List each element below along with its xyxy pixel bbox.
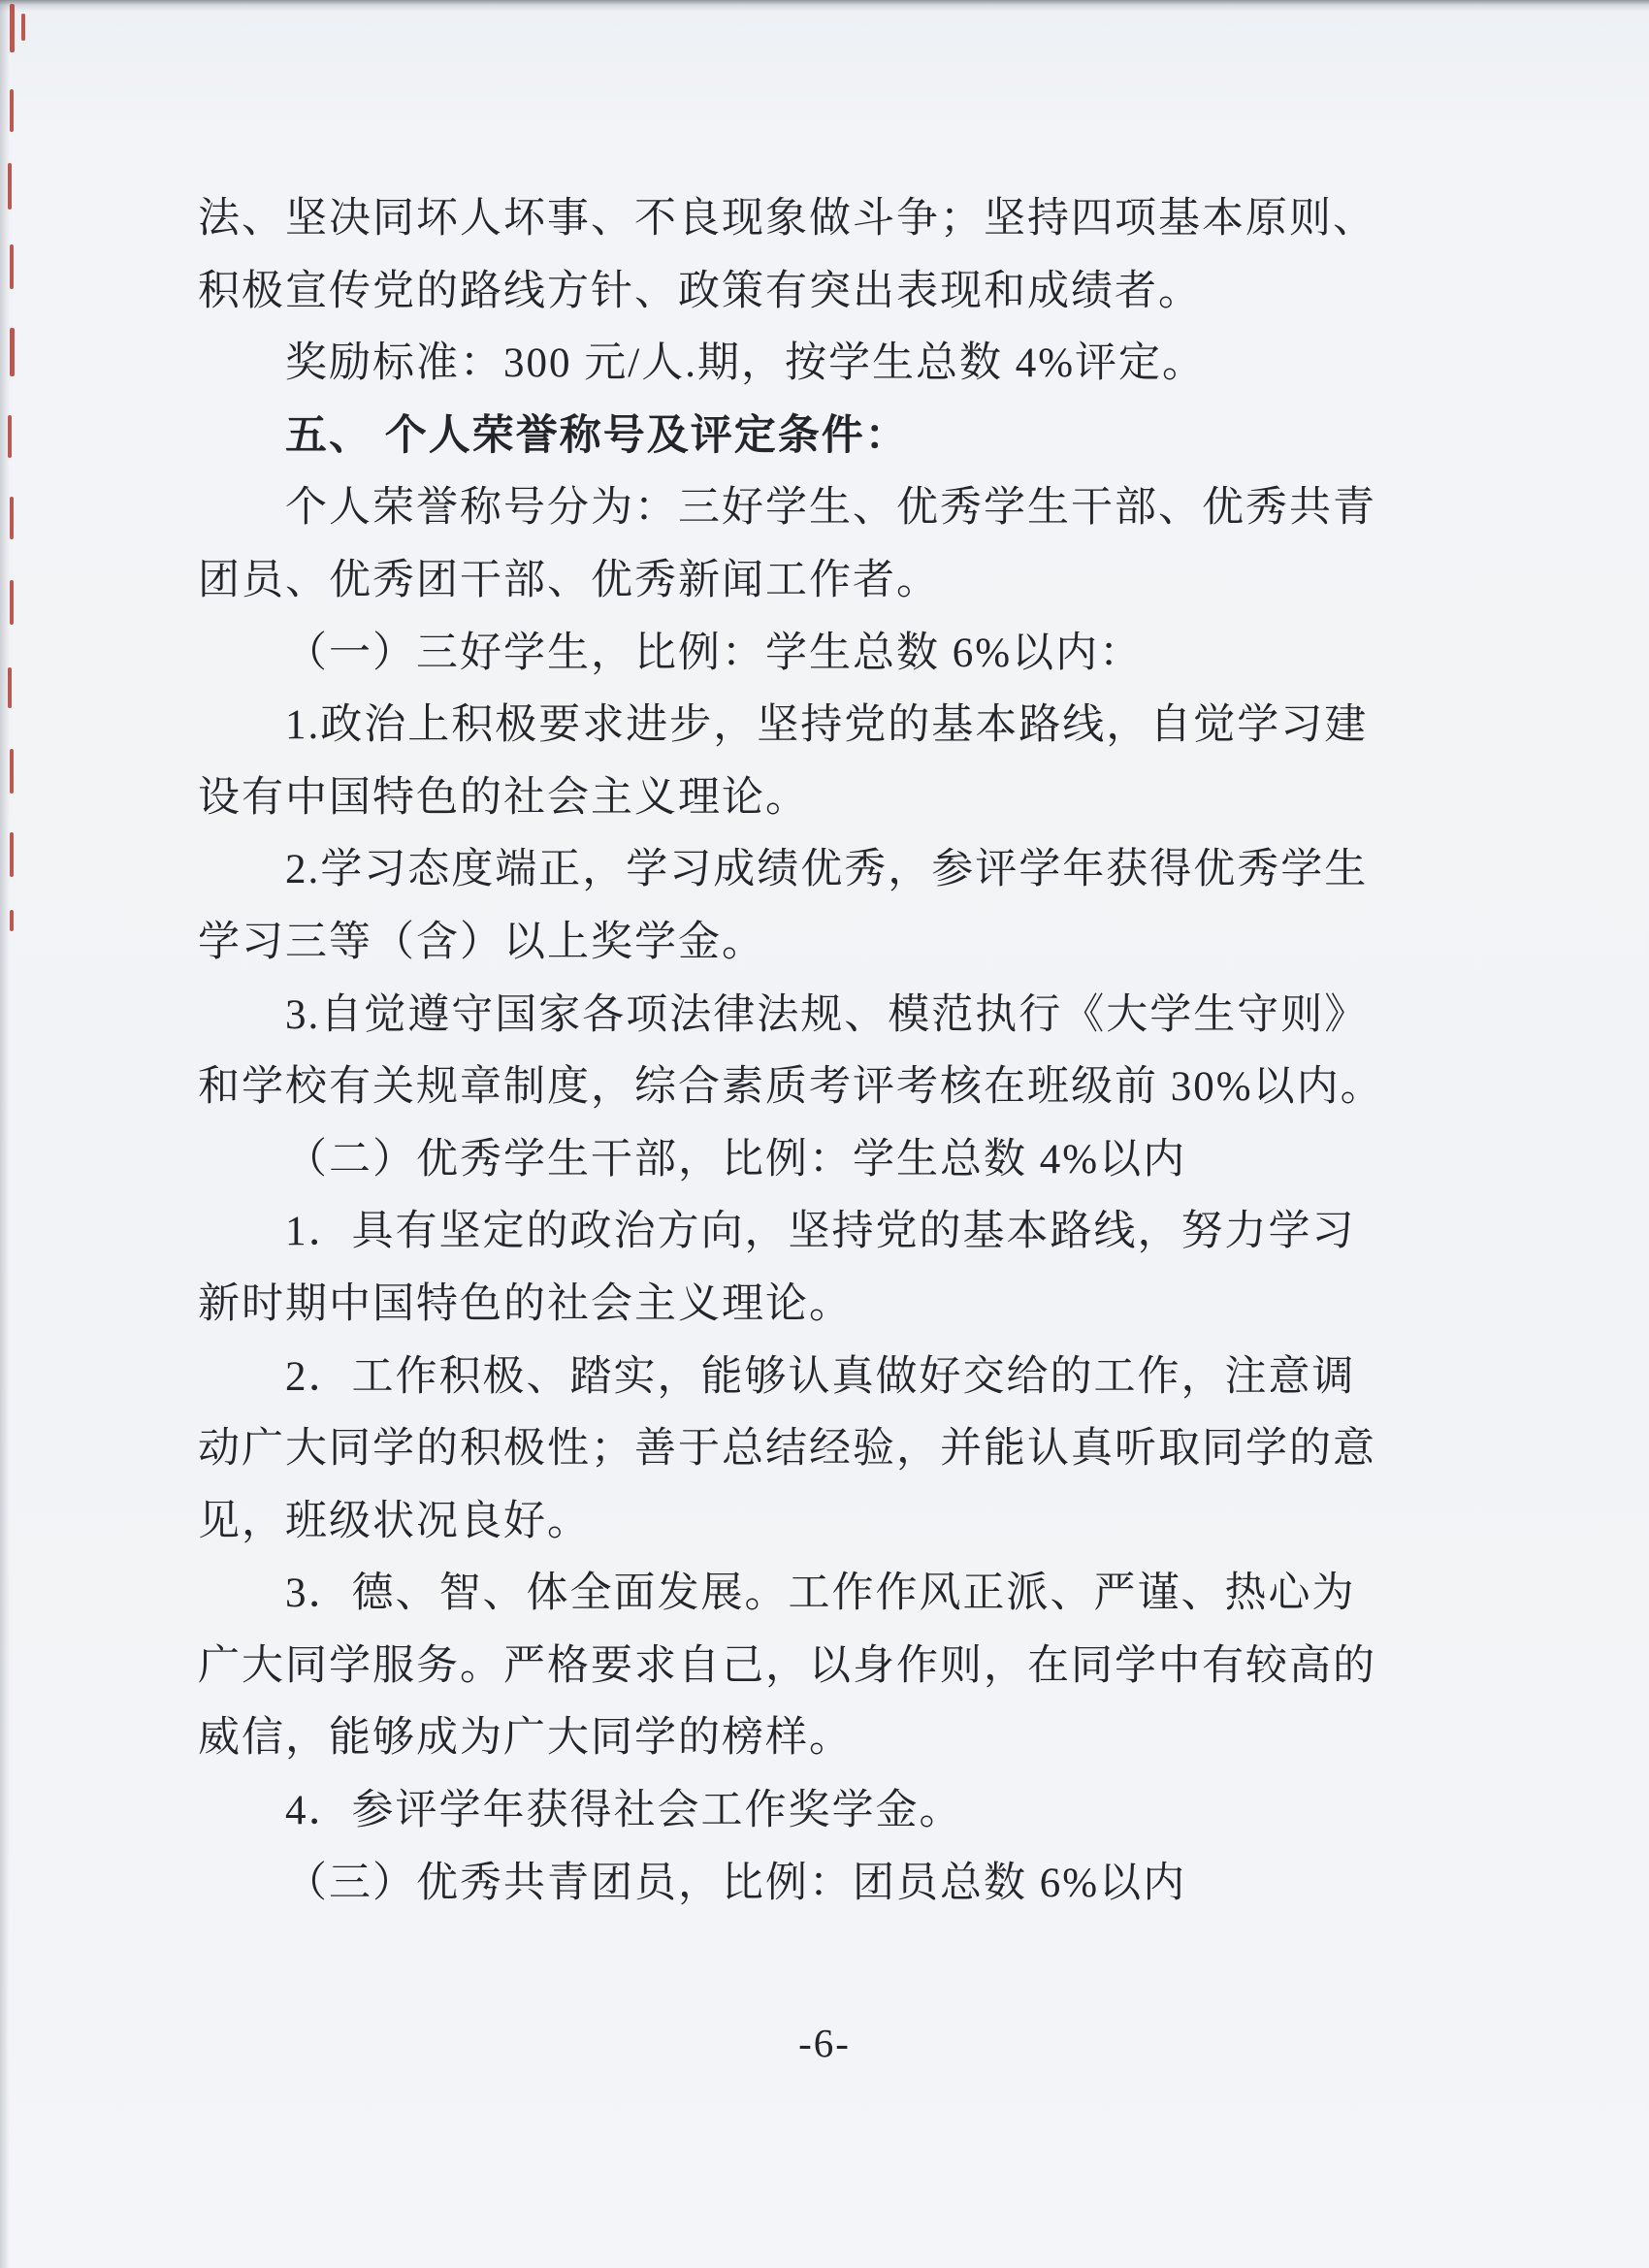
text-line-6: 团员、优秀团干部、优秀新闻工作者。: [198, 545, 1391, 618]
text-line-20: 3．德、智、体全面发展。工作作风正派、严谨、热心为: [198, 1558, 1391, 1631]
text-line-3: 奖励标准：300 元/人.期，按学生总数 4%评定。: [198, 328, 1391, 401]
text-line-24: （三）优秀共青团员，比例：团员总数 6%以内: [198, 1848, 1391, 1921]
red-ink-mark: [10, 4, 15, 52]
red-ink-mark: [21, 14, 25, 41]
scan-top-edge-shadow: [0, 0, 1649, 12]
text-line-12: 3.自觉遵守国家各项法律法规、模范执行《大学生守则》: [198, 980, 1391, 1053]
text-line-19: 见，班级状况良好。: [198, 1486, 1391, 1559]
text-line-17: 2．工作积极、踏实，能够认真做好交给的工作，注意调: [198, 1342, 1391, 1414]
text-line-13: 和学校有关规章制度，综合素质考评考核在班级前 30%以内。: [198, 1052, 1391, 1124]
red-ink-mark: [10, 749, 14, 794]
scan-left-edge-shadow: [0, 0, 10, 2268]
red-ink-mark: [8, 163, 12, 210]
document-body-text: 法、坚决同坏人坏事、不良现象做斗争；坚持四项基本原则、积极宣传党的路线方针、政策…: [198, 183, 1391, 1920]
text-line-4: 五、 个人荣誉称号及评定条件：: [198, 401, 1391, 473]
text-line-18: 动广大同学的积极性；善于总结经验，并能认真听取同学的意: [198, 1413, 1391, 1486]
red-ink-mark: [10, 832, 14, 877]
text-line-16: 新时期中国特色的社会主义理论。: [198, 1269, 1391, 1342]
page-number: -6-: [0, 2020, 1649, 2066]
text-line-21: 广大同学服务。严格要求自己，以身作则，在同学中有较高的: [198, 1631, 1391, 1703]
red-ink-mark: [10, 497, 14, 539]
red-ink-mark: [10, 910, 14, 931]
red-ink-mark: [10, 244, 14, 289]
text-line-22: 威信，能够成为广大同学的榜样。: [198, 1702, 1391, 1775]
red-ink-mark: [10, 89, 14, 132]
red-ink-mark: [10, 580, 14, 625]
text-line-23: 4．参评学年获得社会工作奖学金。: [198, 1775, 1391, 1848]
text-line-8: 1.政治上积极要求进步，坚持党的基本路线，自觉学习建: [198, 690, 1391, 762]
red-ink-mark: [10, 328, 15, 376]
text-line-10: 2.学习态度端正，学习成绩优秀，参评学年获得优秀学生: [198, 834, 1391, 907]
text-line-14: （二）优秀学生干部，比例：学生总数 4%以内: [198, 1124, 1391, 1197]
red-ink-mark: [8, 667, 12, 708]
text-line-11: 学习三等（含）以上奖学金。: [198, 907, 1391, 980]
text-line-7: （一）三好学生，比例：学生总数 6%以内：: [198, 618, 1391, 691]
text-line-9: 设有中国特色的社会主义理论。: [198, 762, 1391, 835]
red-ink-mark: [8, 415, 12, 458]
text-line-15: 1．具有坚定的政治方向，坚持党的基本路线，努力学习: [198, 1196, 1391, 1269]
text-line-2: 积极宣传党的路线方针、政策有突出表现和成绩者。: [198, 256, 1391, 329]
text-line-5: 个人荣誉称号分为：三好学生、优秀学生干部、优秀共青: [198, 472, 1391, 545]
text-line-1: 法、坚决同坏人坏事、不良现象做斗争；坚持四项基本原则、: [198, 183, 1391, 256]
